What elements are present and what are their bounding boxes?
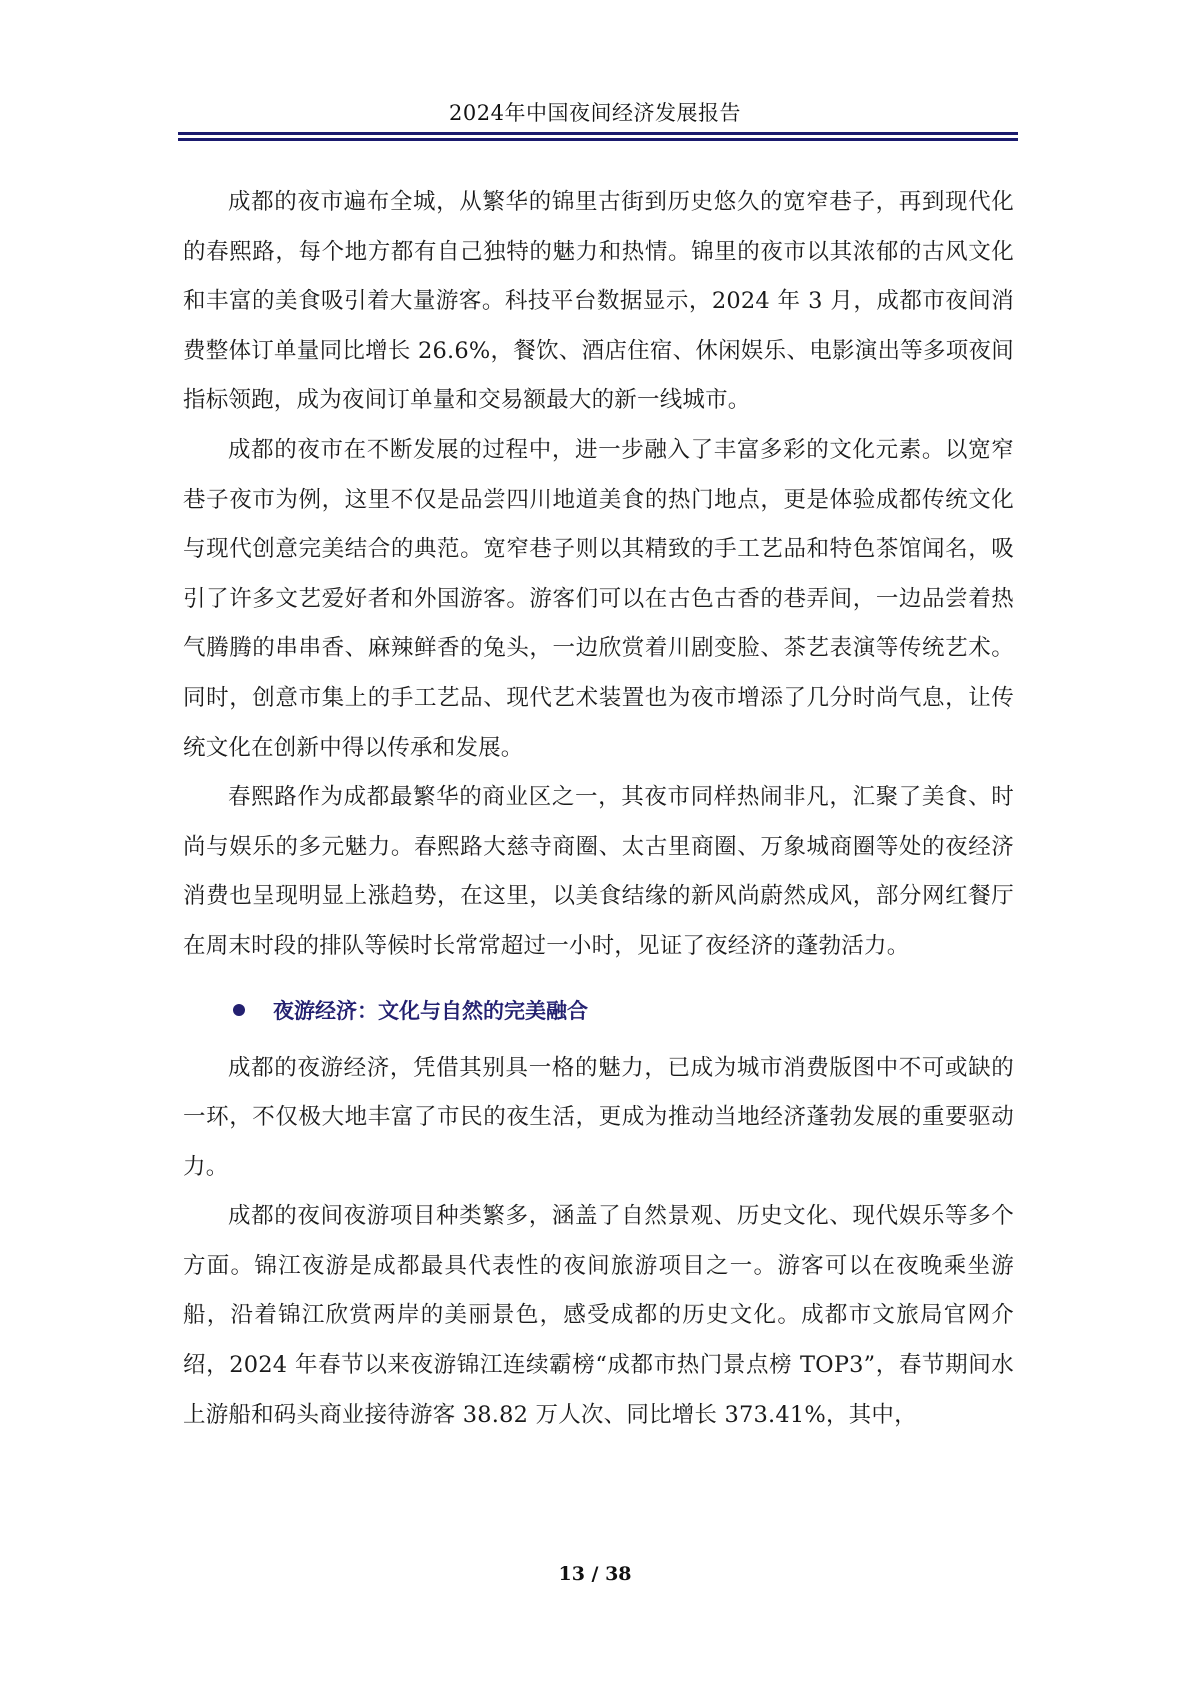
paragraph-jinli-night-market: 成都的夜市遍布全城，从繁华的锦里古街到历史悠久的宽窄巷子，再到现代化的春熙路，每… bbox=[183, 178, 1014, 426]
bullet-icon bbox=[233, 1004, 245, 1016]
report-header-title: 2024年中国夜间经济发展报告 bbox=[0, 97, 1190, 127]
paragraph-jinjiang-night-tour: 成都的夜间夜游项目种类繁多，涵盖了自然景观、历史文化、现代娱乐等多个方面。锦江夜… bbox=[183, 1192, 1014, 1440]
paragraph-night-tour-intro: 成都的夜游经济，凭借其别具一格的魅力，已成为城市消费版图中不可或缺的一环，不仅极… bbox=[183, 1044, 1014, 1193]
paragraph-chunxi-road: 春熙路作为成都最繁华的商业区之一，其夜市同样热闹非凡，汇聚了美食、时尚与娱乐的多… bbox=[183, 773, 1014, 971]
header-rule-bottom bbox=[178, 138, 1018, 141]
header-rule-top bbox=[178, 132, 1018, 135]
paragraph-kuanzhai-alley: 成都的夜市在不断发展的过程中，进一步融入了丰富多彩的文化元素。以宽窄巷子夜市为例… bbox=[183, 426, 1014, 773]
page-content: 成都的夜市遍布全城，从繁华的锦里古街到历史悠久的宽窄巷子，再到现代化的春熙路，每… bbox=[183, 178, 1014, 1440]
section-heading-text: 夜游经济：文化与自然的完美融合 bbox=[273, 995, 588, 1025]
section-heading-night-tour: 夜游经济：文化与自然的完美融合 bbox=[183, 976, 1014, 1044]
page-number: 13 / 38 bbox=[0, 1563, 1190, 1585]
